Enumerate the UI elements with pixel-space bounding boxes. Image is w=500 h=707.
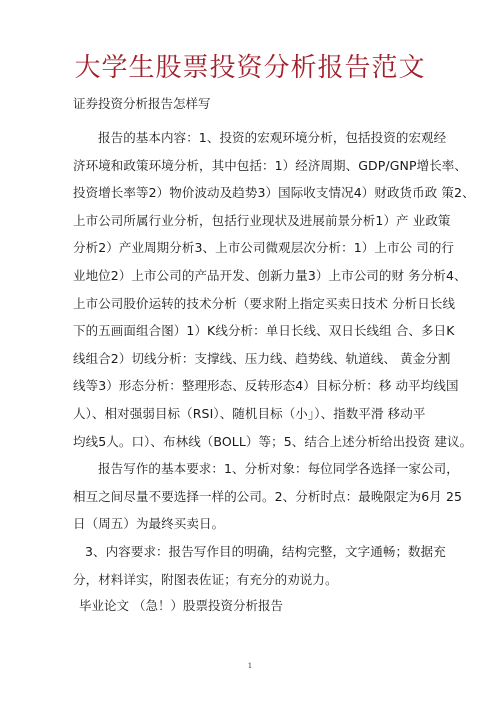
paragraph-line: 上市公司所属行业分析，包括行业现状及进展前景分析1）产 业政策 xyxy=(73,207,445,235)
paragraph-line: 分，材料详实，附图表佐证；有充分的劝说力。 xyxy=(73,566,445,594)
paragraph-line: 上市公司股价运转的技术分析（要求附上指定买卖日技术 分析日长线 xyxy=(73,290,445,318)
document-body: 报告的基本内容：1、投资的宏观环境分析，包括投资的宏观经 济环境和政策环境分析，… xyxy=(73,124,445,593)
document-title: 大学生股票投资分析报告范文 xyxy=(0,50,500,86)
paragraph-line: 分析2）产业周期分析3、上市公司微观层次分析：1）上市公 司的行 xyxy=(73,234,445,262)
paragraph-line: 相互之间尽量不要选择一样的公司。2、分析时点：最晚限定为6月 25 xyxy=(73,483,445,511)
next-section-heading: 毕业论文 （急！）股票投资分析报告 xyxy=(79,597,283,615)
paragraph-line: 投资增长率等2）物价波动及趋势3）国际收支情况4）财政货币政 策2、 xyxy=(73,179,445,207)
paragraph-line: 线等3）形态分析：整理形态、反转形态4）目标分析：移 动平均线国 xyxy=(73,372,445,400)
page-number: 1 xyxy=(0,662,500,670)
paragraph-line: 报告写作的基本要求：1、分析对象：每位同学各选择一家公司， xyxy=(73,455,445,483)
section-heading: 证券投资分析报告怎样写 xyxy=(73,95,211,113)
paragraph-line: 下的五画面组合图）1）K线分析：单日长线、双日长线组 合、多日K xyxy=(73,317,445,345)
paragraph-line: 3、内容要求：报告写作目的明确，结构完整，文字通畅；数据充 xyxy=(73,538,445,566)
paragraph-line: 业地位2）上市公司的产品开发、创新力量3）上市公司的财 务分析4、 xyxy=(73,262,445,290)
document-page: 大学生股票投资分析报告范文 证券投资分析报告怎样写 报告的基本内容：1、投资的宏… xyxy=(0,0,500,707)
paragraph-line: 线组合2）切线分析：支撑线、压力线、趋势线、轨道线、 黄金分割 xyxy=(73,345,445,373)
paragraph-line: 报告的基本内容：1、投资的宏观环境分析，包括投资的宏观经 xyxy=(73,124,445,152)
paragraph-line: 日（周五）为最终买卖日。 xyxy=(73,510,445,538)
paragraph-line: 人）、相对强弱目标（RSI）、随机目标（小」）、指数平滑 移动平 xyxy=(73,400,445,428)
paragraph-line: 济环境和政策环境分析，其中包括：1）经济周期、GDP/GNP增长率、 xyxy=(73,152,445,180)
paragraph-line: 均线5人。口）、布林线（BOLL）等；5、结合上述分析给出投资 建议。 xyxy=(73,428,445,456)
